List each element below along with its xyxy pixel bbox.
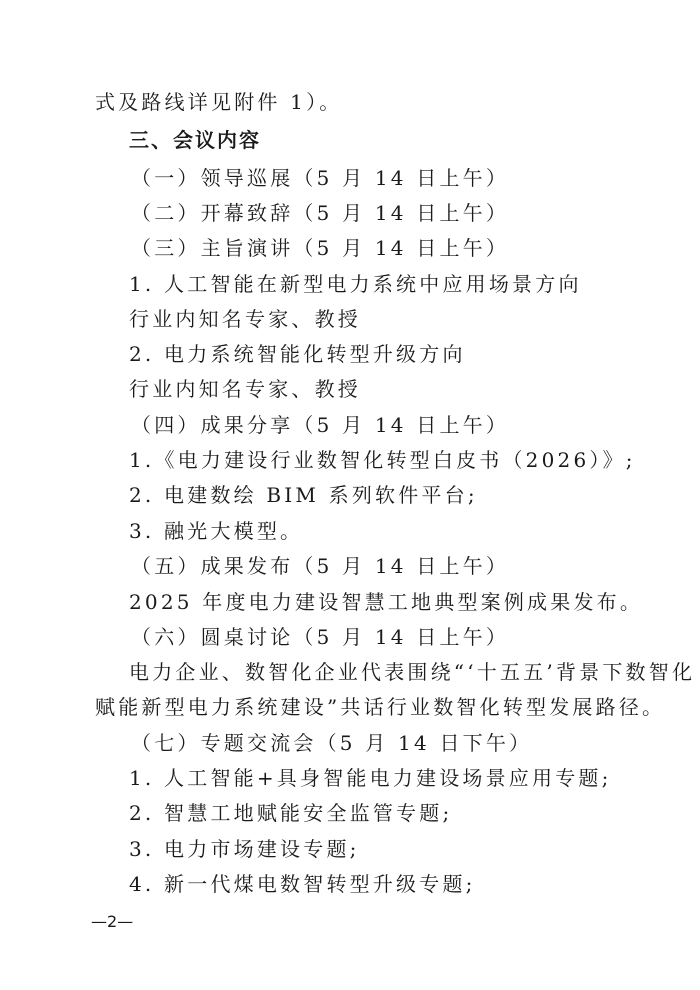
subsection-heading: （四）成果分享（5 月 14 日上午） bbox=[131, 413, 509, 437]
paragraph-continuation: 赋能新型电力系统建设”共话行业数智化转型发展路径。 bbox=[95, 695, 665, 719]
subsection-heading: （三）主旨演讲（5 月 14 日上午） bbox=[131, 236, 509, 260]
paragraph-continuation: 式及路线详见附件 1）。 bbox=[95, 90, 342, 114]
subsection-heading: （七）专题交流会（5 月 14 日下午） bbox=[131, 731, 532, 755]
subsection-heading: （五）成果发布（5 月 14 日上午） bbox=[131, 554, 509, 578]
subsection-heading: （六）圆桌讨论（5 月 14 日上午） bbox=[131, 625, 509, 649]
list-item: 1. 人工智能在新型电力系统中应用场景方向 bbox=[129, 272, 582, 296]
list-item: 2. 智慧工地赋能安全监管专题; bbox=[129, 801, 452, 825]
paragraph: 2025 年度电力建设智慧工地典型案例成果发布。 bbox=[129, 590, 643, 614]
speaker-text: 行业内知名专家、教授 bbox=[129, 307, 361, 331]
paragraph: 电力企业、数智化企业代表围绕“‘十五五’背景下数智化 bbox=[129, 660, 695, 684]
subsection-heading: （二）开幕致辞（5 月 14 日上午） bbox=[131, 201, 509, 225]
subsection-heading: （一）领导巡展（5 月 14 日上午） bbox=[131, 166, 509, 190]
list-item: 1.《电力建设行业数智化转型白皮书（2026）》; bbox=[129, 448, 636, 472]
speaker-text: 行业内知名专家、教授 bbox=[129, 377, 361, 401]
page-number: —2— bbox=[91, 912, 133, 931]
list-item: 1. 人工智能+具身智能电力建设场景应用专题; bbox=[129, 766, 612, 790]
list-item: 3. 融光大模型。 bbox=[129, 519, 303, 543]
list-item: 2. 电建数绘 BIM 系列软件平台; bbox=[129, 483, 478, 507]
section-heading: 三、会议内容 bbox=[129, 128, 261, 152]
list-item: 3. 电力市场建设专题; bbox=[129, 837, 360, 861]
list-item: 2. 电力系统智能化转型升级方向 bbox=[129, 342, 466, 366]
document-page: 式及路线详见附件 1）。 三、会议内容 （一）领导巡展（5 月 14 日上午） … bbox=[0, 0, 700, 990]
list-item: 4. 新一代煤电数智转型升级专题; bbox=[129, 872, 476, 896]
